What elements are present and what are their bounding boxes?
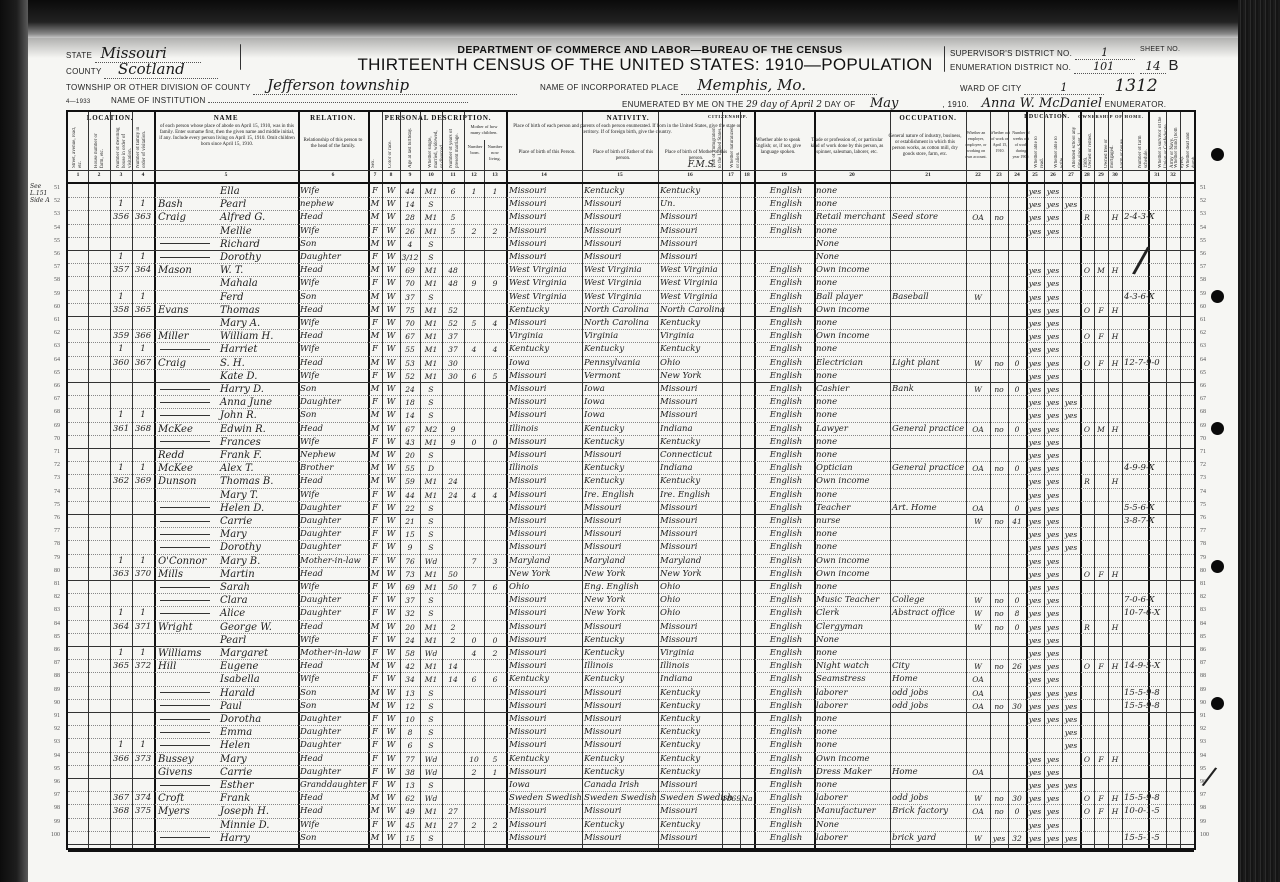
coding-marks	[1124, 369, 1198, 382]
ditto-dash	[160, 745, 210, 746]
trade: none	[816, 224, 890, 237]
birthplace-person: Missouri	[509, 395, 583, 408]
given-name: Carrie	[220, 765, 300, 778]
years-married	[442, 778, 464, 791]
relation: Head	[300, 303, 368, 316]
age: 70	[400, 316, 420, 329]
given-name: Mary A.	[220, 316, 300, 329]
naturalization	[740, 329, 754, 342]
table-row: MahalaWifeFW70M14899West VirginiaWest Vi…	[68, 276, 1194, 289]
children-living	[484, 197, 506, 210]
race: W	[382, 646, 400, 659]
deaf-desc: Whether deaf and dumb.	[1186, 126, 1198, 168]
birthplace-person: Missouri	[509, 620, 583, 633]
employer-status	[966, 818, 990, 831]
group-personal: PERSONAL DESCRIPTION.	[368, 114, 508, 122]
ditto-dash	[160, 402, 210, 403]
farm-house	[1108, 646, 1122, 659]
coding-marks	[1124, 554, 1198, 567]
trade: Cashier	[816, 382, 890, 395]
immigration-year	[722, 369, 740, 382]
naturalization	[740, 738, 754, 751]
column-number: 6	[325, 172, 341, 178]
naturalization	[740, 620, 754, 633]
family-number	[133, 672, 153, 685]
industry	[892, 395, 966, 408]
children-born	[464, 593, 484, 606]
mortgaged	[1094, 646, 1108, 659]
line-number: 94	[40, 753, 60, 759]
out-of-work	[990, 818, 1008, 831]
family-number	[133, 382, 153, 395]
can-read	[1026, 237, 1044, 250]
enumerator-name: Anna W. McDaniel	[982, 96, 1103, 111]
naturalization	[740, 276, 754, 289]
relation: Wife	[300, 818, 368, 831]
farm-house	[1108, 488, 1122, 501]
weeks-out	[1008, 672, 1026, 685]
language: English	[758, 791, 814, 804]
mortgaged	[1094, 369, 1108, 382]
trade: none	[816, 646, 890, 659]
out-of-work	[990, 408, 1008, 421]
race: W	[382, 738, 400, 751]
race: W	[382, 408, 400, 421]
birthplace-person: Missouri	[509, 197, 583, 210]
race: W	[382, 540, 400, 553]
children-born: 4	[464, 342, 484, 355]
birthplace-father: North Carolina	[584, 303, 658, 316]
attended-school: yes	[1062, 699, 1080, 712]
coding-marks	[1124, 778, 1198, 791]
birthplace-mother: Missouri	[660, 501, 724, 514]
owned-rented	[1080, 369, 1094, 382]
column-number: 18	[739, 172, 755, 178]
line-number: 99	[1200, 819, 1220, 825]
age: 43	[400, 435, 420, 448]
industry: General practice	[892, 422, 966, 435]
race: W	[382, 342, 400, 355]
immigration-year	[722, 290, 740, 303]
years-married: 9	[442, 435, 464, 448]
age: 37	[400, 593, 420, 606]
age: 77	[400, 752, 420, 765]
given-name: Alex T.	[220, 461, 300, 474]
mortgaged	[1094, 540, 1108, 553]
owned-rented	[1080, 250, 1094, 263]
relation: Daughter	[300, 606, 368, 619]
relation: Son	[300, 699, 368, 712]
line-number: 98	[1200, 805, 1220, 811]
out-of-work	[990, 633, 1008, 646]
language: English	[758, 778, 814, 791]
attended-school	[1062, 672, 1080, 685]
can-read: yes	[1026, 712, 1044, 725]
children-living	[484, 237, 506, 250]
relation: Wife	[300, 276, 368, 289]
can-write: yes	[1044, 448, 1062, 461]
attended-school	[1062, 580, 1080, 593]
trade-desc: Trade or profession of, or particular ki…	[810, 138, 884, 156]
trade: Own income	[816, 474, 890, 487]
birthplace-mother: West Virginia	[660, 263, 724, 276]
race: W	[382, 699, 400, 712]
out-of-work: no	[990, 422, 1008, 435]
table-row: CarrieDaughterFW21SMissouriMissouriMisso…	[68, 514, 1194, 527]
immigration-year	[722, 342, 740, 355]
table-row: 11FerdSonMW37SWest VirginiaWest Virginia…	[68, 290, 1194, 303]
line-number: 68	[40, 409, 60, 415]
given-name: Helen D.	[220, 501, 300, 514]
out-of-work	[990, 237, 1008, 250]
owned-rented	[1080, 382, 1094, 395]
table-row: Mary A.WifeFW70M15254MissouriNorth Carol…	[68, 316, 1194, 329]
family-number: 1	[133, 342, 153, 355]
ditto-dash	[160, 587, 210, 588]
trade: Own income	[816, 303, 890, 316]
language: English	[758, 804, 814, 817]
naturalization	[740, 672, 754, 685]
supervisor-label: SUPERVISOR'S DISTRICT NO.	[950, 49, 1072, 58]
race: W	[382, 501, 400, 514]
table-row: 11McKeeAlex T.BrotherMW55DIllinoisKentuc…	[68, 461, 1194, 474]
birthplace-person: Missouri	[509, 831, 583, 844]
employer-status: OA	[966, 804, 990, 817]
out-of-work: no	[990, 699, 1008, 712]
dwelling-number	[111, 527, 131, 540]
children-born	[464, 474, 484, 487]
mortgaged	[1094, 633, 1108, 646]
coding-marks	[1124, 474, 1198, 487]
attended-school: yes	[1062, 725, 1080, 738]
mortgaged	[1094, 778, 1108, 791]
ditto-dash	[160, 441, 210, 442]
can-write: yes	[1044, 554, 1062, 567]
immigration-year	[722, 210, 740, 223]
naturalization	[740, 184, 754, 197]
given-name: Dorothy	[220, 250, 300, 263]
industry: Home	[892, 765, 966, 778]
birthplace-person: West Virginia	[509, 263, 583, 276]
birthplace-father: Eng. English	[584, 580, 658, 593]
weeks-out	[1008, 818, 1026, 831]
mortgaged	[1094, 488, 1108, 501]
marital-status: S	[420, 686, 442, 699]
family-number	[133, 765, 153, 778]
out-of-work	[990, 474, 1008, 487]
years-married	[442, 686, 464, 699]
group-ownership: OWNERSHIP OF HOME.	[1078, 114, 1144, 119]
attended-school: yes	[1062, 527, 1080, 540]
children-living: 9	[484, 276, 506, 289]
birthplace-father: Missouri	[584, 527, 658, 540]
ward-value: 1	[1024, 81, 1104, 95]
attended-school	[1062, 501, 1080, 514]
mortgaged	[1094, 765, 1108, 778]
language: English	[758, 633, 814, 646]
sex: M	[368, 210, 382, 223]
dwelling-number	[111, 686, 131, 699]
attended-school: yes	[1062, 738, 1080, 751]
birthplace-mother: Ohio	[660, 593, 724, 606]
out-of-work	[990, 527, 1008, 540]
naturalization	[740, 567, 754, 580]
marital-status: M1	[420, 474, 442, 487]
immigration-year	[722, 514, 740, 527]
given-name: Mary	[220, 752, 300, 765]
family-number	[133, 276, 153, 289]
birthplace-person: Missouri	[509, 488, 583, 501]
relation: Head	[300, 567, 368, 580]
dwelling-number	[111, 699, 131, 712]
can-read: yes	[1026, 646, 1044, 659]
immigration-year	[722, 765, 740, 778]
sex: F	[368, 606, 382, 619]
race: W	[382, 527, 400, 540]
attended-school: yes	[1062, 540, 1080, 553]
can-read: yes	[1026, 791, 1044, 804]
birthplace-father: West Virginia	[584, 276, 658, 289]
children-born: 1	[464, 184, 484, 197]
farm-house	[1108, 408, 1122, 421]
can-write: yes	[1044, 474, 1062, 487]
marital-status: Wd	[420, 791, 442, 804]
age: 24	[400, 382, 420, 395]
owned-rented	[1080, 316, 1094, 329]
family-number: 364	[133, 263, 153, 276]
naturalization	[740, 342, 754, 355]
birthplace-person: Missouri	[509, 514, 583, 527]
out-of-work	[990, 224, 1008, 237]
mortgaged	[1094, 699, 1108, 712]
attended-school	[1062, 276, 1080, 289]
birthplace-mother: Kentucky	[660, 738, 724, 751]
dwelling-number: 363	[111, 567, 131, 580]
years-married	[442, 461, 464, 474]
can-write: yes	[1044, 290, 1062, 303]
race: W	[382, 752, 400, 765]
dwelling-number	[111, 237, 131, 250]
employer-status	[966, 250, 990, 263]
line-number: 57	[40, 264, 60, 270]
trade: Lawyer	[816, 422, 890, 435]
given-name: Esther	[220, 778, 300, 791]
can-read: yes	[1026, 514, 1044, 527]
language: English	[758, 567, 814, 580]
children-born	[464, 422, 484, 435]
farm-house: H	[1108, 210, 1122, 223]
out-of-work: no	[990, 210, 1008, 223]
trade: none	[816, 580, 890, 593]
mortgaged	[1094, 382, 1108, 395]
race: W	[382, 448, 400, 461]
dwelling-number: 358	[111, 303, 131, 316]
can-write: yes	[1044, 791, 1062, 804]
birthplace-person: Missouri	[509, 818, 583, 831]
table-row: 359366MillerWilliam H.HeadMW67M137Virgin…	[68, 329, 1194, 342]
line-number: 76	[40, 515, 60, 521]
table-row: EllaWifeFW44M1611MissouriKentuckyKentuck…	[68, 184, 1194, 197]
dwelling-number: 366	[111, 752, 131, 765]
birthplace-person: West Virginia	[509, 290, 583, 303]
county-label: COUNTY	[66, 67, 101, 76]
farm-house: H	[1108, 752, 1122, 765]
trade: none	[816, 197, 890, 210]
birthplace-person: Missouri	[509, 435, 583, 448]
owned-rented: O	[1080, 356, 1094, 369]
age: 55	[400, 461, 420, 474]
naturalization: Na	[740, 791, 754, 804]
trade: None	[816, 818, 890, 831]
line-number: 62	[1200, 330, 1220, 336]
sex: F	[368, 501, 382, 514]
attended-school	[1062, 329, 1080, 342]
line-number: 93	[40, 739, 60, 745]
employer-status	[966, 303, 990, 316]
weeks-out	[1008, 316, 1026, 329]
years-married: 37	[442, 342, 464, 355]
children-born: 9	[464, 276, 484, 289]
sex: F	[368, 514, 382, 527]
birthplace-mother: Connecticut	[660, 448, 724, 461]
table-row: 357364MasonW. T.HeadMW69M148West Virgini…	[68, 263, 1194, 276]
industry	[892, 527, 966, 540]
enumerator-label: ENUMERATOR.	[1105, 100, 1167, 109]
line-number: 100	[1200, 832, 1220, 838]
owned-rented	[1080, 699, 1094, 712]
attended-school	[1062, 593, 1080, 606]
birthplace-father: Kentucky	[584, 752, 658, 765]
census-title: THIRTEENTH CENSUS OF THE UNITED STATES: …	[330, 55, 960, 75]
sex: F	[368, 633, 382, 646]
given-name: Harry	[220, 831, 300, 844]
out-of-work	[990, 488, 1008, 501]
can-write: yes	[1044, 804, 1062, 817]
children-living	[484, 210, 506, 223]
language: English	[758, 672, 814, 685]
mortgaged	[1094, 461, 1108, 474]
children-living	[484, 329, 506, 342]
weeks-out	[1008, 250, 1026, 263]
coding-marks: 4-9-9-X	[1124, 461, 1198, 474]
birthplace-person: Missouri	[509, 448, 583, 461]
out-of-work	[990, 342, 1008, 355]
mortgaged: F	[1094, 329, 1108, 342]
age: 22	[400, 501, 420, 514]
owned-rented	[1080, 686, 1094, 699]
employer-desc: Whether an employer, employee, or workin…	[964, 130, 988, 160]
farm-house	[1108, 501, 1122, 514]
relation: Son	[300, 382, 368, 395]
employer-status: OA	[966, 501, 990, 514]
mortgaged	[1094, 184, 1108, 197]
mortgaged	[1094, 725, 1108, 738]
can-write: yes	[1044, 672, 1062, 685]
column-number: 17	[723, 172, 739, 178]
table-row: 11WilliamsMargaretMother-in-lawFW58Wd42M…	[68, 646, 1194, 659]
farm-house	[1108, 461, 1122, 474]
weeks-out	[1008, 738, 1026, 751]
children-living	[484, 699, 506, 712]
can-write: yes	[1044, 765, 1062, 778]
can-read: yes	[1026, 316, 1044, 329]
years-married: 30	[442, 369, 464, 382]
surname: Mason	[158, 263, 218, 276]
marital-status: S	[420, 382, 442, 395]
marital-status: M1	[420, 620, 442, 633]
given-name: Harald	[220, 686, 300, 699]
birthplace-person: Ohio	[509, 580, 583, 593]
weeks-out	[1008, 197, 1026, 210]
surname	[158, 633, 218, 646]
table-bottom-border	[68, 848, 1194, 852]
line-number: 88	[1200, 673, 1220, 679]
industry: City	[892, 659, 966, 672]
birthplace-person: Missouri	[509, 184, 583, 197]
marital-status: S	[420, 699, 442, 712]
naturalization	[740, 659, 754, 672]
can-write: yes	[1044, 540, 1062, 553]
race: W	[382, 184, 400, 197]
race: W	[382, 237, 400, 250]
children-living: 4	[484, 488, 506, 501]
owned-rented: R	[1080, 620, 1094, 633]
born-desc: Number born.	[466, 144, 484, 156]
dwelling-number	[111, 765, 131, 778]
out-of-work	[990, 567, 1008, 580]
children-born	[464, 659, 484, 672]
farm-house	[1108, 725, 1122, 738]
naturalization	[740, 474, 754, 487]
can-write: yes	[1044, 567, 1062, 580]
immigration-year	[722, 725, 740, 738]
can-write: yes	[1044, 659, 1062, 672]
can-read: yes	[1026, 369, 1044, 382]
weeks-out: 30	[1008, 791, 1026, 804]
mortgaged	[1094, 474, 1108, 487]
birthplace-father: Kentucky	[584, 672, 658, 685]
column-number: 20	[844, 172, 860, 178]
line-number: 73	[40, 475, 60, 481]
birthplace-mother: Kentucky	[660, 316, 724, 329]
trade: laborer	[816, 699, 890, 712]
children-born	[464, 382, 484, 395]
mortgaged: M	[1094, 263, 1108, 276]
family-number: 1	[133, 197, 153, 210]
relation: Wife	[300, 633, 368, 646]
trade: none	[816, 408, 890, 421]
column-number: 22	[970, 172, 986, 178]
children-born	[464, 804, 484, 817]
age: 6	[400, 738, 420, 751]
sex: M	[368, 237, 382, 250]
years-married	[442, 448, 464, 461]
children-born: 6	[464, 369, 484, 382]
race: W	[382, 620, 400, 633]
marital-status: Wd	[420, 752, 442, 765]
birthplace-father: Missouri	[584, 699, 658, 712]
language: English	[758, 197, 814, 210]
children-living	[484, 303, 506, 316]
mortgaged	[1094, 593, 1108, 606]
trade: None	[816, 250, 890, 263]
birthplace-mother: West Virginia	[660, 290, 724, 303]
table-row: 11DorothyDaughterFW3/12SMissouriMissouri…	[68, 250, 1194, 263]
birthplace-father: New York	[584, 606, 658, 619]
table-row: GivensCarrieDaughterFW38Wd21MissouriKent…	[68, 765, 1194, 778]
can-write	[1044, 738, 1062, 751]
trade: none	[816, 184, 890, 197]
